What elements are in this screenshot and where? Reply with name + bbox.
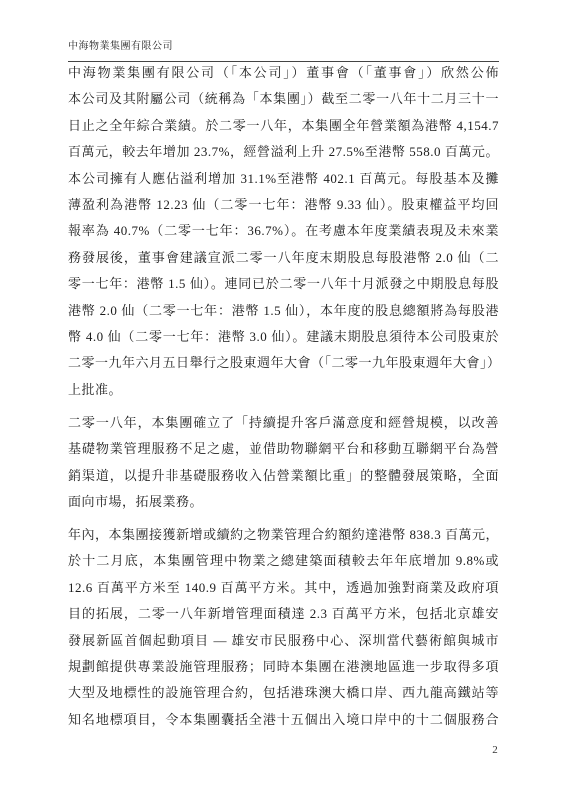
text-line: 發展新區首個起動項目 — 雄安市民服務中心、深圳當代藝術館與城市 (68, 628, 499, 654)
text-line: 上批准。 (68, 377, 499, 403)
document-body: 中海物業集團有限公司（「本公司」）董事會（「董事會」）欣然公佈本公司及其附屬公司… (68, 60, 499, 740)
paragraph: 二零一八年，本集團確立了「持續提升客戶滿意度和經營規模，以改善基礎物業管理服務不… (68, 410, 499, 516)
text-line: 知名地標項目，令本集團囊括全港十五個出入境口岸中的十二個服務合 (68, 707, 499, 733)
text-line: 薄盈利為港幣 12.23 仙（二零一七年：港幣 9.33 仙）。股東權益平均回 (68, 192, 499, 218)
text-line: 中海物業集團有限公司（「本公司」）董事會（「董事會」）欣然公佈 (68, 60, 499, 86)
text-line: 二零一八年，本集團確立了「持續提升客戶滿意度和經營規模，以改善 (68, 410, 499, 436)
paragraph: 中海物業集團有限公司（「本公司」）董事會（「董事會」）欣然公佈本公司及其附屬公司… (68, 60, 499, 403)
text-line: 大型及地標性的設施管理合約，包括港珠澳大橋口岸、西九龍高鐵站等 (68, 680, 499, 706)
page-header: 中海物業集團有限公司 (68, 36, 499, 62)
text-line: 二零一九年六月五日舉行之股東週年大會（「二零一九年股東週年大會」） (68, 350, 499, 376)
text-line: 目的拓展，二零一八年新增管理面積達 2.3 百萬平方米，包括北京雄安 (68, 601, 499, 627)
text-line: 面向市場，拓展業務。 (68, 489, 499, 515)
text-line: 港幣 2.0 仙（二零一七年：港幣 1.5 仙），本年度的股息總額將為每股港 (68, 298, 499, 324)
text-line: 日止之全年綜合業績。於二零一八年，本集團全年營業額為港幣 4,154.7 (68, 113, 499, 139)
text-line: 於十二月底，本集團管理中物業之總建築面積較去年年底增加 9.8%或 (68, 548, 499, 574)
text-line: 基礎物業管理服務不足之處，並借助物聯網平台和移動互聯網平台為營 (68, 436, 499, 462)
text-line: 本公司擁有人應佔溢利增加 31.1%至港幣 402.1 百萬元。每股基本及攤 (68, 166, 499, 192)
text-line: 報率為 40.7%（二零一七年：36.7%）。在考慮本年度業績表現及未來業 (68, 218, 499, 244)
document-page: 中海物業集團有限公司 中海物業集團有限公司（「本公司」）董事會（「董事會」）欣然… (0, 0, 565, 800)
text-line: 年內，本集團接獲新增或續約之物業管理合約額約達港幣 838.3 百萬元， (68, 522, 499, 548)
text-line: 規劃館提供專業設施管理服務；同時本集團在港澳地區進一步取得多項 (68, 654, 499, 680)
text-line: 零一七年：港幣 1.5 仙）。連同已於二零一八年十月派發之中期股息每股 (68, 271, 499, 297)
text-line: 務發展後，董事會建議宣派二零一八年度末期股息每股港幣 2.0 仙（二 (68, 245, 499, 271)
text-line: 銷渠道，以提升非基礎服務收入佔營業額比重」的整體發展策略，全面 (68, 463, 499, 489)
paragraph: 年內，本集團接獲新增或續約之物業管理合約額約達港幣 838.3 百萬元，於十二月… (68, 522, 499, 733)
page-number: 2 (488, 744, 502, 756)
text-line: 本公司及其附屬公司（統稱為「本集團」）截至二零一八年十二月三十一 (68, 86, 499, 112)
text-line: 幣 4.0 仙（二零一七年：港幣 3.0 仙）。建議末期股息須待本公司股東於 (68, 324, 499, 350)
text-line: 百萬元，較去年增加 23.7%，經營溢利上升 27.5%至港幣 558.0 百萬… (68, 139, 499, 165)
text-line: 12.6 百萬平方米至 140.9 百萬平方米。其中，透過加強對商業及政府項 (68, 575, 499, 601)
header-company-name: 中海物業集團有限公司 (68, 41, 173, 52)
